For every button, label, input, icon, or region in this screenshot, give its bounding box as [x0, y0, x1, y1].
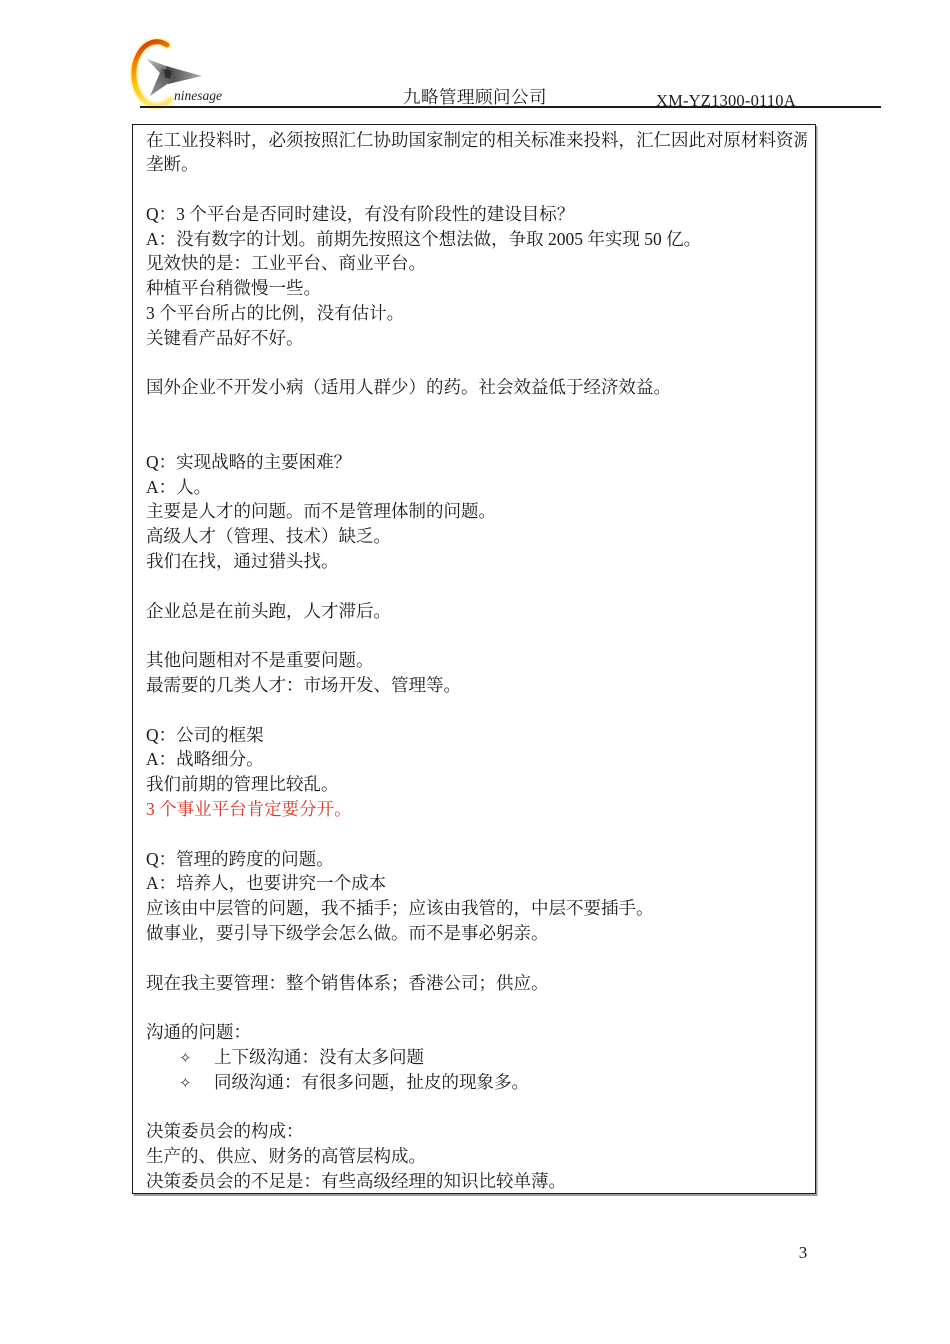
- text-line: 垄断。: [146, 152, 807, 177]
- blank-line: [146, 946, 807, 971]
- text-line: Q：管理的跨度的问题。: [146, 847, 807, 872]
- text-line: Q：3 个平台是否同时建设，有没有阶段性的建设目标？: [146, 202, 807, 227]
- blank-line: [146, 177, 807, 202]
- bullet-item-text: 同级沟通：有很多问题，扯皮的现象多。: [214, 1072, 529, 1092]
- blank-line: [146, 351, 807, 376]
- text-line: 种植平台稍微慢一些。: [146, 276, 807, 301]
- diamond-bullet-icon: ✧: [179, 1072, 194, 1095]
- text-line: 见效快的是：工业平台、商业平台。: [146, 251, 807, 276]
- page-number: 3: [788, 1243, 818, 1263]
- text-line: A：培养人，也要讲究一个成本: [146, 871, 807, 896]
- text-line: 现在我主要管理：整个销售体系；香港公司；供应。: [146, 971, 807, 996]
- blank-line: [146, 1095, 807, 1120]
- text-line: 应该由中层管的问题，我不插手；应该由我管的，中层不要插手。: [146, 896, 807, 921]
- document-text: 在工业投料时，必须按照汇仁协助国家制定的相关标准来投料，汇仁因此对原材料资源的垄…: [132, 124, 816, 1194]
- text-line: 做事业，要引导下级学会怎么做。而不是事必躬亲。: [146, 921, 807, 946]
- blank-line: [146, 995, 807, 1020]
- text-line: 关键看产品好不好。: [146, 326, 807, 351]
- text-line: 在工业投料时，必须按照汇仁协助国家制定的相关标准来投料，汇仁因此对原材料资源的: [146, 128, 807, 153]
- diamond-bullet-icon: ✧: [179, 1047, 194, 1070]
- text-line: A：人。: [146, 475, 807, 500]
- text-line: 我们前期的管理比较乱。: [146, 772, 807, 797]
- text-line: ✧同级沟通：有很多问题，扯皮的现象多。: [146, 1070, 807, 1095]
- text-line: 决策委员会的不足是：有些高级经理的知识比较单薄。: [146, 1169, 807, 1194]
- text-line: 主要是人才的问题。而不是管理体制的问题。: [146, 499, 807, 524]
- document-page: ninesage 九略管理顾问公司 XM-YZ1300-0110A 在工业投料时…: [0, 0, 950, 1344]
- text-line: 沟通的问题：: [146, 1020, 807, 1045]
- text-line: 国外企业不开发小病（适用人群少）的药。社会效益低于经济效益。: [146, 375, 807, 400]
- bullet-item-text: 上下级沟通：没有太多问题: [214, 1047, 424, 1067]
- text-line: A：没有数字的计划。前期先按照这个想法做，争取 2005 年实现 50 亿。: [146, 227, 807, 252]
- text-line: 生产的、供应、财务的高管层构成。: [146, 1144, 807, 1169]
- text-line: Q：实现战略的主要困难？: [146, 450, 807, 475]
- text-line: 3 个事业平台肯定要分开。: [146, 797, 807, 822]
- text-line: Q：公司的框架: [146, 723, 807, 748]
- blank-line: [146, 425, 807, 450]
- text-line: 最需要的几类人才：市场开发、管理等。: [146, 673, 807, 698]
- text-line: 企业总是在前头跑，人才滞后。: [146, 599, 807, 624]
- text-line: 其他问题相对不是重要问题。: [146, 648, 807, 673]
- blank-line: [146, 574, 807, 599]
- text-line: 决策委员会的构成：: [146, 1119, 807, 1144]
- text-line: 我们在找，通过猎头找。: [146, 549, 807, 574]
- blank-line: [146, 623, 807, 648]
- blank-line: [146, 400, 807, 425]
- text-line: 高级人才（管理、技术）缺乏。: [146, 524, 807, 549]
- text-line: ✧上下级沟通：没有太多问题: [146, 1045, 807, 1070]
- blank-line: [146, 822, 807, 847]
- blank-line: [146, 698, 807, 723]
- header-rule: [140, 106, 881, 108]
- text-line: A：战略细分。: [146, 747, 807, 772]
- text-line: 3 个平台所占的比例，没有估计。: [146, 301, 807, 326]
